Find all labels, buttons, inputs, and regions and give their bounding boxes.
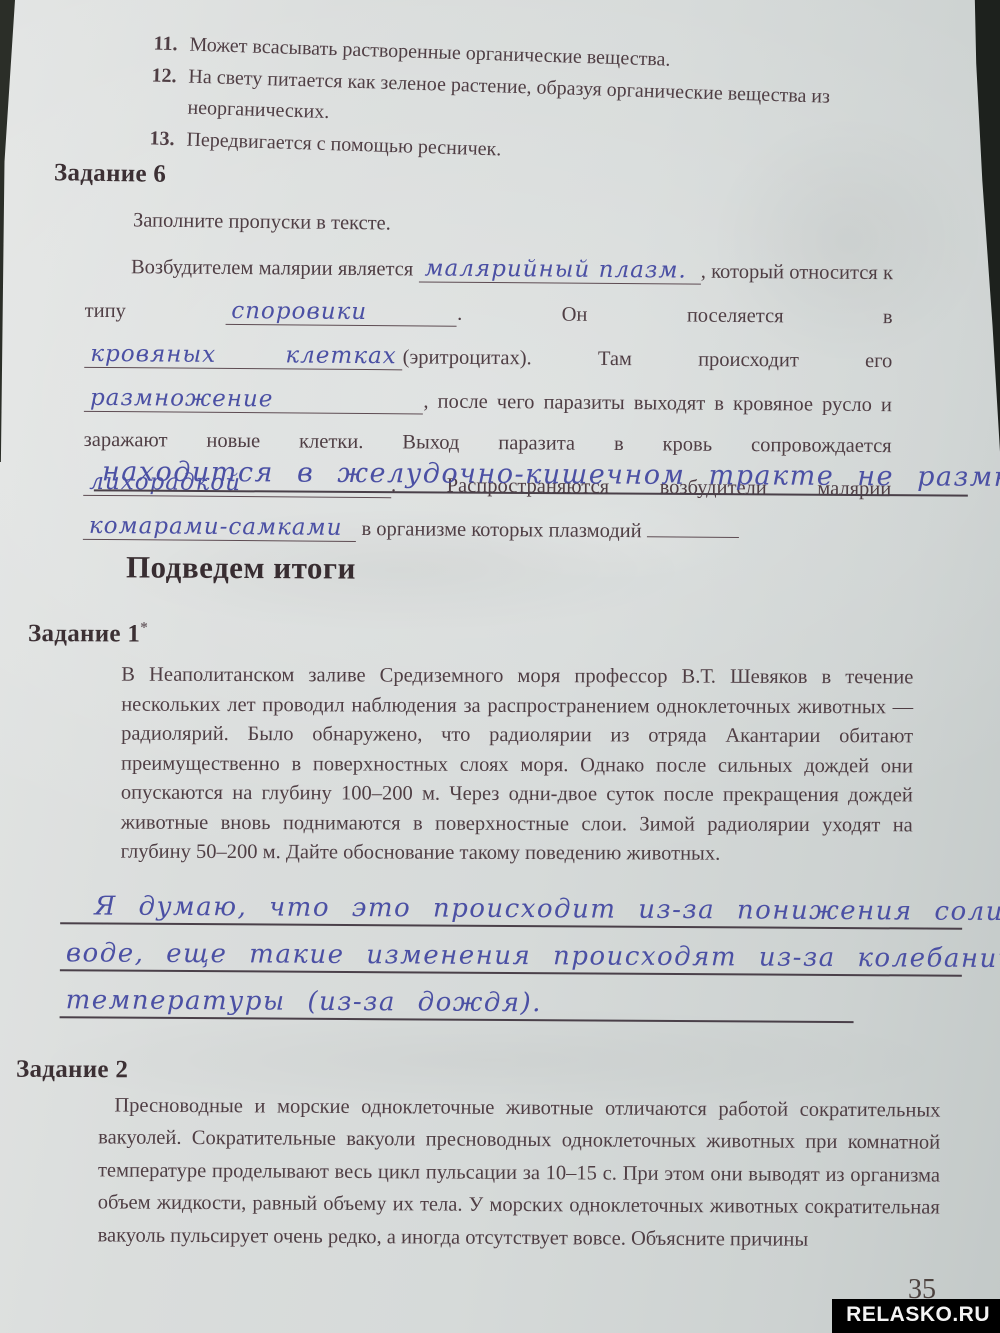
- printed-text: (эритроцитах). Там происходит его: [403, 347, 893, 373]
- handwritten-blank: комарами-самками: [83, 513, 357, 542]
- list-item-number: 11.: [137, 28, 178, 61]
- task6-instruction: Заполните пропуски в тексте.: [133, 209, 391, 235]
- photo-dark-edge-left: [0, 0, 15, 462]
- handwritten-blank: споровики: [225, 298, 457, 327]
- workbook-page-photo: 11. Может всасывать растворенные органич…: [0, 0, 1000, 1333]
- answer-row: температуры (из-за дождя).: [60, 971, 854, 1023]
- handwritten-answer-text: находится в желудочно-кишечном тракте не…: [102, 456, 1000, 493]
- handwritten-answer-text: температуры (из-за дождя).: [66, 985, 542, 1018]
- task6-heading: Задание 6: [54, 159, 167, 189]
- task1-asterisk: *: [140, 620, 148, 636]
- task1-paragraph: В Неаполитанском заливе Средиземного мор…: [121, 661, 914, 870]
- printed-text: Возбудителем малярии является: [131, 256, 413, 280]
- task2-paragraph: Пресноводные и морские одноклеточные жив…: [98, 1089, 941, 1256]
- task2-heading: Задание 2: [16, 1056, 128, 1085]
- blank-underline: [647, 516, 739, 538]
- task1-heading-text: Задание 1: [28, 620, 140, 647]
- answer-row: Я думаю, что это происходит из-за пониже…: [60, 877, 962, 930]
- task6-answer-line: находится в желудочно-кишечном тракте не…: [94, 443, 968, 496]
- answer-row: воде, еще такие изменения происходят из-…: [60, 924, 962, 977]
- handwritten-blank: малярийный плазм.: [418, 255, 700, 284]
- numbered-list: 11. Может всасывать растворенные органич…: [134, 28, 934, 179]
- list-item-number: 13.: [134, 123, 175, 156]
- task1-answer-lines: Я думаю, что это происходит из-за пониже…: [60, 877, 963, 1024]
- handwritten-blank: размножение: [84, 385, 424, 415]
- task6-fill-paragraph: Возбудителем малярии является малярийный…: [83, 244, 893, 555]
- summary-heading: Подведем итоги: [126, 549, 356, 586]
- site-watermark: RELASKO.RU: [832, 1299, 1000, 1333]
- handwritten-answer-text: воде, еще такие изменения происходят из-…: [66, 938, 1000, 974]
- list-item-number: 12.: [135, 60, 177, 124]
- task1-heading: Задание 1*: [28, 620, 148, 649]
- printed-text: в организме которых плазмодий: [361, 518, 641, 542]
- photo-dark-edge-right: [966, 0, 1000, 452]
- handwritten-blank: кровяных клетках: [84, 341, 403, 370]
- handwritten-answer-text: Я думаю, что это происходит из-за пониже…: [94, 891, 1000, 927]
- printed-text: . Он поселяется в: [457, 303, 893, 328]
